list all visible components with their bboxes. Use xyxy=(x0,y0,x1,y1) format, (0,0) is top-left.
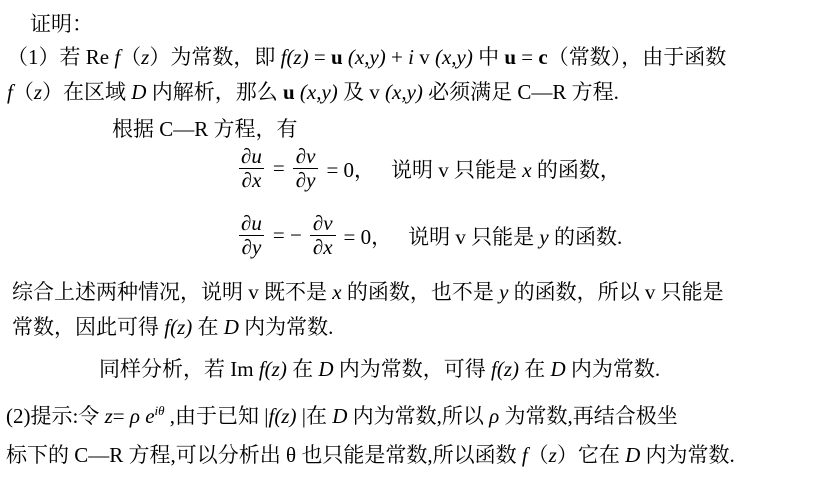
para1-line2: f（z）在区域 D 内解析，那么 u (x,y) 及 v (x,y) 必须满足 … xyxy=(7,77,619,107)
text-run: = xyxy=(113,404,130,428)
fraction-numerator: ∂u xyxy=(238,212,265,235)
text-run: x xyxy=(522,158,531,182)
equals-sign: = xyxy=(273,156,285,181)
text-run: （1）若 Re xyxy=(7,45,114,69)
text-run: (x,y) xyxy=(435,45,473,69)
text-run: 内解析，那么 xyxy=(146,80,283,104)
text-run: D xyxy=(551,357,566,381)
text-run: （ xyxy=(528,443,549,467)
text-run: 内为常数，可得 xyxy=(334,357,492,381)
text-run: (x,y) xyxy=(348,45,386,69)
text-run: |在 xyxy=(296,404,332,428)
text-run: ）在区域 xyxy=(42,80,131,104)
text-run: c xyxy=(538,45,547,69)
fraction-denominator: ∂y xyxy=(293,168,319,192)
text-run: （ xyxy=(13,80,34,104)
text-run: 综合上述两种情况，说明 v 既不是 xyxy=(12,280,332,304)
fraction-denominator: ∂y xyxy=(239,235,265,259)
proof-heading: 证明： xyxy=(30,9,93,39)
para5-line2: 标下的 C—R 方程,可以分析出 θ 也只能是常数,所以函数 f（z）它在 D … xyxy=(6,440,735,470)
text-run: x xyxy=(332,280,341,304)
fraction-du-dx: ∂u ∂x xyxy=(238,145,265,192)
text-run: z xyxy=(549,443,557,467)
text-run: 标下的 C—R 方程,可以分析出 θ 也只能是常数,所以函数 xyxy=(6,443,522,467)
text-run: D xyxy=(318,357,333,381)
text-run: 根据 C—R 方程，有 xyxy=(112,117,298,141)
text-run: 在 xyxy=(519,357,551,381)
text-run: ）它在 xyxy=(557,443,625,467)
text-run: （ xyxy=(120,45,141,69)
text-run: 证明： xyxy=(30,12,93,36)
text-run: 内为常数. xyxy=(239,315,334,339)
text-run: 的函数， xyxy=(532,158,621,182)
para2-line: 根据 C—R 方程，有 xyxy=(112,114,298,144)
text-run: （常数），由于函数 xyxy=(548,45,727,69)
text-run: f(z) xyxy=(268,404,296,428)
text-run: (x,y) xyxy=(300,80,338,104)
fraction-numerator: ∂v xyxy=(293,145,319,168)
text-run: 在 xyxy=(192,315,224,339)
text-run: z xyxy=(34,80,42,104)
equation-1-comment: 说明 v 只能是 x 的函数， xyxy=(391,154,621,184)
text-run: (2)提示:令 xyxy=(6,404,105,428)
text-run: D xyxy=(332,404,347,428)
para3-line2: 常数，因此可得 f(z) 在 D 内为常数. xyxy=(12,312,333,342)
text-run: = xyxy=(309,45,331,69)
proof-document: 证明： （1）若 Re f（z）为常数，即 f(z) = u (x,y) + i… xyxy=(0,0,840,480)
fraction-dv-dx: ∂v ∂x xyxy=(310,212,336,259)
text-run: 说明 v 只能是 xyxy=(391,158,522,182)
text-run: D xyxy=(131,80,146,104)
text-run: 的函数. xyxy=(549,225,623,249)
text-run: z xyxy=(105,404,113,428)
fraction-numerator: ∂u xyxy=(238,145,265,168)
text-run: 常数，因此可得 xyxy=(12,315,164,339)
text-run: 及 v xyxy=(338,80,385,104)
text-run: f(z) xyxy=(259,357,287,381)
text-run: iθ xyxy=(155,403,165,418)
text-run: u xyxy=(331,45,343,69)
text-run: = xyxy=(516,45,538,69)
text-run: (x,y) xyxy=(385,80,423,104)
equation-2: ∂u ∂y = − ∂v ∂x = 0， 说明 v 只能是 y 的函数. xyxy=(234,212,622,259)
equals-minus-sign: = − xyxy=(273,223,302,248)
text-run: y xyxy=(499,280,508,304)
text-run: 同样分析，若 Im xyxy=(99,357,259,381)
fraction-numerator: ∂v xyxy=(310,212,336,235)
text-run: 说明 v 只能是 xyxy=(408,225,539,249)
equals-zero: = 0， xyxy=(344,221,393,251)
fraction-denominator: ∂x xyxy=(310,235,336,259)
text-run: y xyxy=(539,225,548,249)
text-run: ρ e xyxy=(130,404,155,428)
text-run: 的函数，所以 v 只能是 xyxy=(508,280,723,304)
fraction-du-dy: ∂u ∂y xyxy=(238,212,265,259)
fraction-denominator: ∂x xyxy=(239,168,265,192)
text-run: 内为常数. xyxy=(640,443,735,467)
text-run: 为常数,再结合极坐 xyxy=(499,404,678,428)
text-run: f(z) xyxy=(491,357,519,381)
text-run: f(z) xyxy=(164,315,192,339)
text-run: u xyxy=(283,80,295,104)
text-run: f(z) xyxy=(281,45,309,69)
text-run: 的函数，也不是 xyxy=(342,280,500,304)
text-run: ）为常数，即 xyxy=(149,45,280,69)
text-run: ρ xyxy=(489,404,499,428)
text-run: + xyxy=(386,45,408,69)
text-run: 内为常数,所以 xyxy=(347,404,489,428)
equals-zero: = 0， xyxy=(326,154,375,184)
para1-line1: （1）若 Re f（z）为常数，即 f(z) = u (x,y) + i v (… xyxy=(7,42,726,72)
equation-2-comment: 说明 v 只能是 y 的函数. xyxy=(408,221,622,251)
text-run: 必须满足 C—R 方程. xyxy=(423,80,619,104)
text-run: v xyxy=(414,45,435,69)
fraction-dv-dy: ∂v ∂y xyxy=(293,145,319,192)
para4-line: 同样分析，若 Im f(z) 在 D 内为常数，可得 f(z) 在 D 内为常数… xyxy=(99,354,660,384)
text-run: 在 xyxy=(287,357,319,381)
text-run: u xyxy=(504,45,516,69)
para3-line1: 综合上述两种情况，说明 v 既不是 x 的函数，也不是 y 的函数，所以 v 只… xyxy=(12,277,724,307)
text-run: ,由于已知 | xyxy=(165,404,269,428)
text-run: D xyxy=(625,443,640,467)
text-run: 内为常数. xyxy=(566,357,661,381)
para5-line1: (2)提示:令 z= ρ eiθ ,由于已知 |f(z) |在 D 内为常数,所… xyxy=(6,396,678,431)
equation-1: ∂u ∂x = ∂v ∂y = 0， 说明 v 只能是 x 的函数， xyxy=(234,145,621,192)
text-run: 中 xyxy=(473,45,505,69)
text-run: D xyxy=(224,315,239,339)
